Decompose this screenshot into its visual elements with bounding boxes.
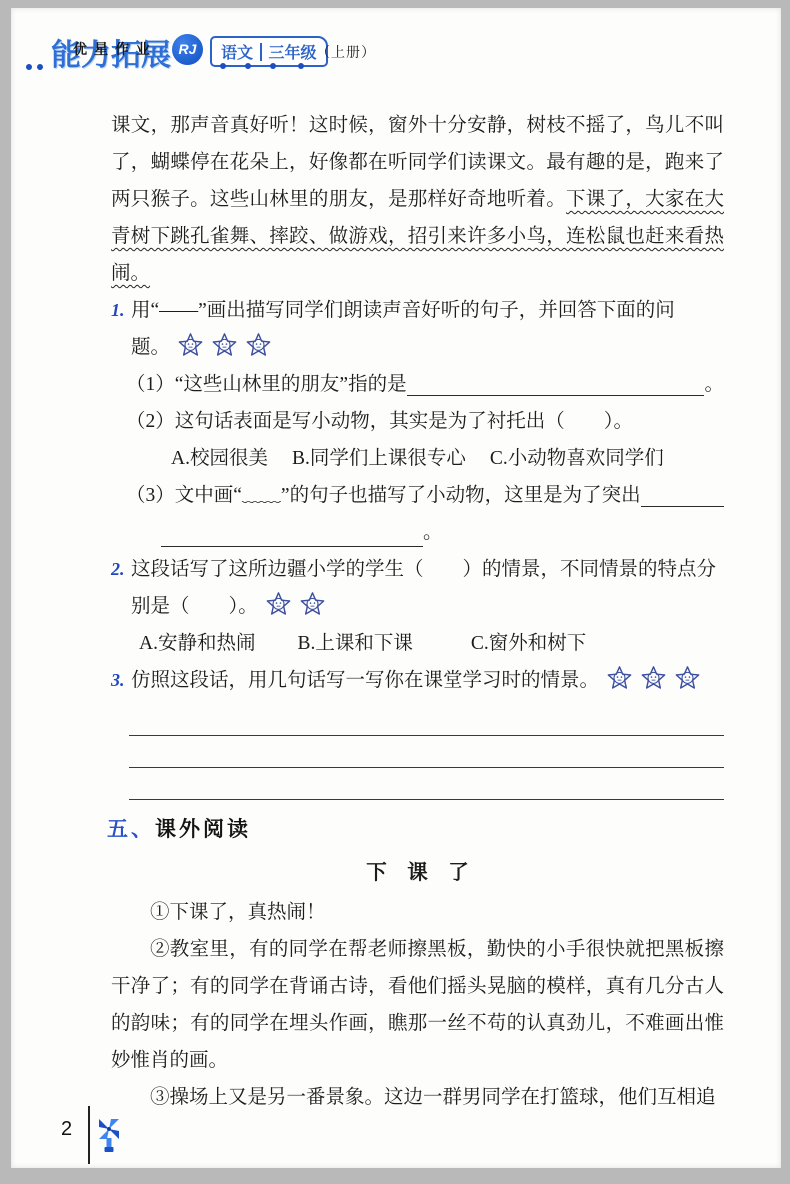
series-logo: 能力拓展 优星作业 xyxy=(51,30,176,74)
sub-2-label: （2） xyxy=(126,411,175,432)
question-3-number: 3. xyxy=(111,662,131,699)
answer-blank xyxy=(641,477,724,507)
subject-label: 语文 xyxy=(221,40,253,63)
answer-blank xyxy=(407,366,705,396)
writing-line xyxy=(129,768,724,800)
workbook-page: 能力拓展 优星作业 RJ 语文 三年级 （上册） 课文，那声音真好听！这时候，窗… xyxy=(11,8,781,1168)
option-b: B.同学们上课很专心 xyxy=(292,448,466,469)
divider xyxy=(260,43,262,61)
option-a: A.安静和热闹 xyxy=(139,633,255,654)
question-1-text-line1: 用“——”画出描写同学们朗读声音好听的句子，并回答下面的问 xyxy=(131,300,675,321)
sub-1-period: 。 xyxy=(704,366,724,403)
question-2-options: A.安静和热闹B.上课和下课C.窗外和树下 xyxy=(139,625,724,662)
option-b: B.上课和下课 xyxy=(297,633,412,654)
question-1-sub-1: （1）“这些山林里的朋友”指的是。 xyxy=(111,366,724,403)
question-1-sub-3-answer-line: 。 xyxy=(161,514,724,551)
decorative-dot xyxy=(270,63,276,69)
star-face-icon xyxy=(245,333,272,360)
section-5-title: 课外阅读 xyxy=(155,818,251,841)
sub-1-label: （1） xyxy=(126,366,175,403)
decorative-dot xyxy=(220,63,226,69)
edition-badge: RJ xyxy=(172,34,203,65)
decorative-dot xyxy=(298,63,304,69)
star-face-icon xyxy=(299,592,326,619)
question-2-difficulty-stars xyxy=(258,596,326,617)
page-number: 2 xyxy=(61,1118,72,1141)
question-1-sub-2: （2）这句话表面是写小动物，其实是为了衬托出（ ）。 xyxy=(111,403,724,440)
sub-3-text: 文中画“﹏﹏”的句子也描写了小动物，这里是为了突出 xyxy=(175,477,641,514)
page-header: 能力拓展 优星作业 RJ 语文 三年级 （上册） xyxy=(11,30,781,80)
star-face-icon xyxy=(177,333,204,360)
star-face-icon xyxy=(640,666,667,693)
question-1-sub-3: （3）文中画“﹏﹏”的句子也描写了小动物，这里是为了突出 xyxy=(111,477,724,514)
reading-title: 下 课 了 xyxy=(111,855,724,892)
footer-divider xyxy=(88,1106,90,1164)
windmill-icon xyxy=(96,1116,122,1156)
volume-label: （上册） xyxy=(316,42,376,62)
sub-3-period: 。 xyxy=(423,522,443,543)
option-a: A.校园很美 xyxy=(171,448,268,469)
page-content: 课文，那声音真好听！这时候，窗外十分安静，树枝不摇了，鸟儿不叫了，蝴蝶停在花朵上… xyxy=(111,107,724,1116)
decorative-dot xyxy=(245,63,251,69)
sub-2-text: 这句话表面是写小动物，其实是为了衬托出（ ）。 xyxy=(175,411,633,432)
writing-line xyxy=(129,736,724,768)
subject-grade-box: 语文 三年级 xyxy=(210,36,328,67)
answer-writing-lines xyxy=(111,704,724,800)
question-2: 2.这段话写了这所边疆小学的学生（ ）的情景，不同情景的特点分 别是（ ）。 xyxy=(111,551,724,625)
question-1-text-line2: 题。 xyxy=(131,337,170,358)
question-2-text-line1: 这段话写了这所边疆小学的学生（ ）的情景，不同情景的特点分 xyxy=(131,559,716,580)
reading-paragraph-2: ②教室里，有的同学在帮老师擦黑板，勤快的小手很快就把黑板擦干净了；有的同学在背诵… xyxy=(111,931,724,1079)
logo-overlay-stamp: 优星作业 xyxy=(73,39,157,59)
question-1-sub-2-options: A.校园很美B.同学们上课很专心C.小动物喜欢同学们 xyxy=(171,440,724,477)
section-5-number: 五、 xyxy=(107,818,155,841)
question-3-text: 仿照这段话，用几句话写一写你在课堂学习时的情景。 xyxy=(131,670,599,691)
question-1: 1.用“——”画出描写同学们朗读声音好听的句子，并回答下面的问 题。 xyxy=(111,292,724,366)
question-1-difficulty-stars xyxy=(170,337,272,358)
question-3-difficulty-stars xyxy=(599,670,701,691)
star-face-icon xyxy=(606,666,633,693)
sub-3-label: （3） xyxy=(126,477,175,514)
reading-passage-continued: 课文，那声音真好听！这时候，窗外十分安静，树枝不摇了，鸟儿不叫了，蝴蝶停在花朵上… xyxy=(111,107,724,292)
reading-paragraph-1: ①下课了，真热闹！ xyxy=(111,894,724,931)
page-footer: 2 xyxy=(11,1098,781,1168)
decorative-dots xyxy=(26,57,48,75)
question-2-text-line2: 别是（ ）。 xyxy=(131,596,258,617)
writing-line xyxy=(129,704,724,736)
grade-label: 三年级 xyxy=(269,40,317,63)
star-face-icon xyxy=(674,666,701,693)
star-face-icon xyxy=(265,592,292,619)
question-3: 3.仿照这段话，用几句话写一写你在课堂学习时的情景。 xyxy=(111,662,724,699)
option-c: C.小动物喜欢同学们 xyxy=(490,448,664,469)
section-5-heading: 五、课外阅读 xyxy=(107,813,724,847)
answer-blank xyxy=(161,525,423,547)
option-c: C.窗外和树下 xyxy=(471,633,586,654)
sub-1-text: “这些山林里的朋友”指的是 xyxy=(175,366,407,403)
question-2-number: 2. xyxy=(111,551,131,588)
star-face-icon xyxy=(211,333,238,360)
question-1-number: 1. xyxy=(111,292,131,329)
